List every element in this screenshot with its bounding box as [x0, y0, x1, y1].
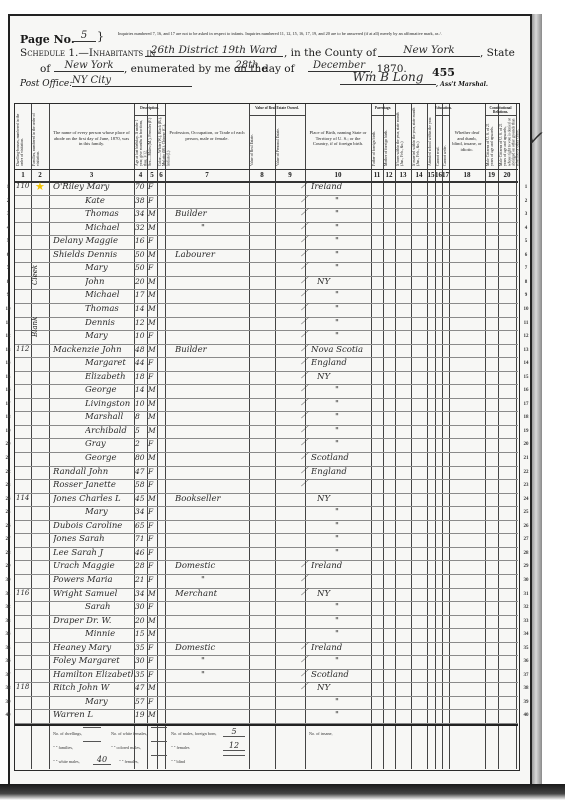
column-header-9: Value of Personal Estate.	[276, 117, 304, 166]
column-header-13: If born within the year, state month (Ja…	[396, 107, 410, 166]
group-divider	[371, 115, 395, 116]
colored-males-value	[151, 741, 167, 742]
column-header-1: Dwelling-houses, numbered in the order o…	[16, 107, 30, 166]
column-number-2: 2	[31, 171, 49, 179]
sex: F	[148, 656, 157, 665]
birthplace: "	[335, 318, 395, 328]
age: 15	[135, 629, 147, 638]
birthplace: "	[335, 629, 395, 639]
group-divider	[485, 115, 516, 116]
group-divider	[435, 115, 449, 116]
census-table: Description.Value of Real Estate Owned.P…	[14, 103, 520, 771]
row-number-right: 2	[519, 199, 533, 204]
row-number-left: 37	[3, 673, 13, 678]
column-header-10: Place of Birth, naming State or Territor…	[308, 130, 368, 147]
age: 20	[135, 277, 147, 286]
birthplace: "	[335, 697, 395, 707]
birthplace: "	[335, 548, 395, 558]
sex: M	[148, 250, 157, 259]
row-number-left: 8	[3, 280, 13, 285]
sex: F	[148, 575, 157, 584]
column-header-17: Cannot write.	[443, 117, 448, 166]
post-office-field: NY City	[72, 75, 192, 87]
birthplace: "	[335, 196, 395, 206]
person-name: Mackenzie John	[53, 345, 133, 355]
row-number-left: 19	[3, 429, 13, 434]
birthplace: "	[335, 507, 395, 517]
column-header-12: Mother of foreign birth.	[384, 117, 394, 166]
age: 34	[135, 507, 147, 516]
column-number-18: 18	[449, 171, 485, 179]
age: 10	[135, 399, 147, 408]
dwelling-number: 110	[16, 182, 31, 190]
person-name: Urach Maggie	[53, 561, 133, 571]
row-number-right: 4	[519, 226, 533, 231]
row-number-right: 6	[519, 253, 533, 258]
birthplace: "	[335, 439, 395, 449]
checkmark-tick: ⟋	[301, 411, 307, 421]
sex: F	[148, 561, 157, 570]
white-males-label: " " white males,	[53, 759, 80, 764]
checkmark-tick: ⟋	[301, 303, 307, 313]
birthplace: "	[335, 290, 395, 300]
person-name: George	[85, 385, 133, 395]
age: 19	[135, 710, 147, 719]
birthplace: NY	[317, 589, 377, 599]
row-number-left: 2	[3, 199, 13, 204]
person-name: Ritch John W	[53, 683, 133, 693]
row-number-right: 24	[519, 497, 533, 502]
sex: M	[148, 345, 157, 354]
checkmark-tick: ⟋	[301, 669, 307, 679]
checkmark-tick: ⟋	[301, 479, 307, 489]
row-number-left: 18	[3, 415, 13, 420]
column-number-5: 5	[147, 171, 157, 179]
person-name: Powers Maria	[53, 575, 133, 585]
row-number-right: 12	[519, 334, 533, 339]
birthplace: "	[335, 412, 395, 422]
checkmark-tick: ⟋	[301, 249, 307, 259]
row-number-left: 32	[3, 605, 13, 610]
birthplace: NY	[317, 372, 377, 382]
sex: F	[148, 697, 157, 706]
column-number-4: 4	[134, 171, 147, 179]
age: 28	[135, 561, 147, 570]
day-of-label: day of	[262, 63, 294, 75]
sex: F	[148, 670, 157, 679]
checkmark-tick: ⟋	[301, 384, 307, 394]
age: 35	[135, 643, 147, 652]
checkmark-tick: ⟋	[301, 344, 307, 354]
person-name: Gray	[85, 439, 133, 449]
row-number-left: 36	[3, 659, 13, 664]
row-number-right: 9	[519, 293, 533, 298]
column-number-19: 19	[485, 171, 498, 179]
column-header-20: Male Citizens of U. S. of 21 years of ag…	[499, 117, 515, 166]
person-name: Foley Margaret	[53, 656, 133, 666]
sex: F	[148, 263, 157, 272]
sex: F	[148, 534, 157, 543]
star-icon: ★	[35, 180, 45, 193]
person-name: Elizabeth	[85, 372, 133, 382]
margin-note: Blank	[32, 303, 40, 337]
row-number-right: 30	[519, 578, 533, 583]
row-number-right: 35	[519, 646, 533, 651]
row-number-left: 34	[3, 632, 13, 637]
row-number-right: 7	[519, 266, 533, 271]
district-field: 26th District 19th Ward	[145, 44, 283, 57]
age: 38	[135, 196, 147, 205]
page-number: 5	[72, 30, 96, 42]
sex: F	[148, 521, 157, 530]
sex: M	[148, 589, 157, 598]
row-number-right: 1	[519, 185, 533, 190]
person-name: Thomas	[85, 209, 133, 219]
birthplace: "	[335, 385, 395, 395]
of-label: of	[40, 63, 50, 75]
sex: M	[148, 616, 157, 625]
birthplace: England	[311, 467, 371, 477]
sex: M	[148, 209, 157, 218]
dwellings-value	[83, 727, 101, 728]
row-number-left: 28	[3, 551, 13, 556]
checkmark-tick: ⟋	[301, 262, 307, 272]
row-number-right: 22	[519, 470, 533, 475]
group-divider	[134, 115, 165, 116]
age: 80	[135, 453, 147, 462]
person-name: Margaret	[85, 358, 133, 368]
birthplace: "	[335, 209, 395, 219]
post-office-label: Post Office:	[20, 79, 72, 89]
column-header-7: Profession, Occupation, or Trade of each…	[168, 130, 246, 141]
person-name: Archibald	[85, 426, 133, 436]
row-number-left: 14	[3, 361, 13, 366]
row-number-right: 15	[519, 375, 533, 380]
birthplace: Ireland	[311, 643, 371, 653]
checkmark-tick: ⟋	[301, 466, 307, 476]
person-name: George	[85, 453, 133, 463]
age: 5	[135, 426, 147, 435]
age: 47	[135, 683, 147, 692]
checkmark-tick: ⟋	[301, 642, 307, 652]
marshal-label: , Ass't Marshal.	[436, 81, 488, 88]
column-number-8: 8	[249, 171, 275, 179]
row-number-left: 16	[3, 388, 13, 393]
sex: M	[148, 223, 157, 232]
checkmark-tick: ⟋	[301, 452, 307, 462]
sex: M	[148, 453, 157, 462]
age: 45	[135, 494, 147, 503]
row-number-left: 33	[3, 619, 13, 624]
occupation: Merchant	[175, 589, 247, 599]
column-header-15: Attended school within the year.	[428, 107, 434, 166]
age: 21	[135, 575, 147, 584]
row-number-right: 27	[519, 537, 533, 542]
occupation: Bookseller	[175, 494, 247, 504]
row-number-right: 25	[519, 510, 533, 515]
birthplace: "	[335, 602, 395, 612]
row-number-right: 3	[519, 212, 533, 217]
person-name: Marshall	[85, 412, 133, 422]
person-name: Jones Sarah	[53, 534, 133, 544]
row-number-right: 26	[519, 524, 533, 529]
age: 8	[135, 412, 147, 421]
age: 18	[135, 372, 147, 381]
age: 46	[135, 548, 147, 557]
row-number-right: 16	[519, 388, 533, 393]
column-number-15: 15	[427, 171, 435, 179]
person-name: Jones Charles L	[53, 494, 133, 504]
row-number-left: 31	[3, 592, 13, 597]
birthplace: Ireland	[311, 561, 371, 571]
row-number-left: 29	[3, 564, 13, 569]
birthplace: England	[311, 358, 371, 368]
foreign-females-value: 12	[223, 741, 245, 751]
row-number-left: 30	[3, 578, 13, 583]
row-number-right: 17	[519, 402, 533, 407]
blind-label: " " blind	[171, 759, 185, 764]
checkmark-tick: ⟋	[301, 425, 307, 435]
age: 58	[135, 480, 147, 489]
sex: F	[148, 602, 157, 611]
column-number-17: 17	[442, 171, 449, 179]
page-label: Page No.	[20, 33, 75, 46]
row-number-left: 25	[3, 510, 13, 515]
birthplace: Scotland	[311, 453, 371, 463]
person-name: Kate	[85, 196, 133, 206]
birthplace: Scotland	[311, 670, 371, 680]
group-header-value-estate: Value of Real Estate Owned.	[249, 106, 305, 110]
inquiry-notice: Inquiries numbered 7, 16, and 17 are not…	[118, 32, 513, 37]
age: 20	[135, 616, 147, 625]
person-name: Mary	[85, 331, 133, 341]
age: 44	[135, 358, 147, 367]
birthplace: "	[335, 399, 395, 409]
row-number-right: 23	[519, 483, 533, 488]
occupation: Builder	[175, 345, 247, 355]
checkmark-tick: ⟋	[301, 181, 307, 191]
checkmark-tick: ⟋	[301, 289, 307, 299]
colored-females-value	[151, 755, 167, 756]
row-number-left: 10	[3, 307, 13, 312]
sex: M	[148, 290, 157, 299]
brace-mark: }	[97, 30, 104, 43]
checkmark-tick: ⟋	[301, 330, 307, 340]
row-number-right: 38	[519, 686, 533, 691]
column-number-12: 12	[383, 171, 395, 179]
white-males-value: 40	[93, 755, 111, 765]
checkmark-tick: ⟋	[301, 235, 307, 245]
sex: F	[148, 236, 157, 245]
row-number-right: 5	[519, 239, 533, 244]
row-number-left: 24	[3, 497, 13, 502]
person-name: Dennis	[85, 318, 133, 328]
column-number-3: 3	[49, 171, 134, 179]
person-name: Hamilton Elizabeth	[53, 670, 133, 680]
state-field: New York	[54, 60, 124, 72]
person-name: Shields Dennis	[53, 250, 133, 260]
row-number-right: 20	[519, 442, 533, 447]
row-number-left: 6	[3, 253, 13, 258]
birthplace: "	[335, 223, 395, 233]
birthplace: Ireland	[311, 182, 371, 192]
row-number-right: 19	[519, 429, 533, 434]
foreign-males-label: No. of males, foreign born,	[171, 731, 216, 736]
row-number-left: 5	[3, 239, 13, 244]
person-name: Randall John	[53, 467, 133, 477]
checkmark-tick: ⟋	[301, 588, 307, 598]
column-header-3: The name of every person whose place of …	[52, 130, 131, 147]
birthplace: NY	[317, 277, 377, 287]
row-number-right: 13	[519, 348, 533, 353]
age: 10	[135, 331, 147, 340]
birthplace: "	[335, 710, 395, 720]
age: 12	[135, 318, 147, 327]
sex: F	[148, 439, 157, 448]
row-number-left: 4	[3, 226, 13, 231]
sex: M	[148, 385, 157, 394]
age: 34	[135, 589, 147, 598]
row-number-right: 32	[519, 605, 533, 610]
person-name: Delany Maggie	[53, 236, 133, 246]
sex: M	[148, 399, 157, 408]
occupation: Builder	[175, 209, 247, 219]
age: 48	[135, 345, 147, 354]
scan-shadow	[0, 784, 565, 800]
dwelling-number: 114	[16, 494, 31, 502]
checkmark-tick: ⟋	[301, 655, 307, 665]
person-name: Draper Dr. W.	[53, 616, 133, 626]
age: 17	[135, 290, 147, 299]
marshal-signature: Wm B Long	[340, 70, 436, 85]
age: 65	[135, 521, 147, 530]
column-number-20: 20	[498, 171, 516, 179]
foreign-males-value: 5	[223, 727, 245, 737]
age: 47	[135, 467, 147, 476]
person-name: Minnie	[85, 629, 133, 639]
row-number-right: 28	[519, 551, 533, 556]
row-number-right: 31	[519, 592, 533, 597]
sex: F	[148, 480, 157, 489]
row-number-right: 21	[519, 456, 533, 461]
column-header-5: Sex.—Males (M.), Females (F.)	[148, 117, 156, 166]
row-number-right: 40	[519, 713, 533, 718]
column-header-19: Male Citizens of U. S. of 21 years of ag…	[486, 117, 497, 166]
sex: F	[148, 548, 157, 557]
person-name: Dubois Caroline	[53, 521, 133, 531]
dwellings-label: No. of dwellings,	[53, 731, 82, 736]
row-number-right: 29	[519, 564, 533, 569]
column-header-14: If married within the year, state month …	[412, 107, 426, 166]
schedule-label: Schedule 1.—Inhabitants in	[20, 47, 155, 59]
row-number-right: 36	[519, 659, 533, 664]
person-name: Mary	[85, 507, 133, 517]
birthplace: "	[335, 236, 395, 246]
person-name: Rosser Janette	[53, 480, 133, 490]
row-number-left: 23	[3, 483, 13, 488]
row-number-left: 15	[3, 375, 13, 380]
occupation: Labourer	[175, 250, 247, 260]
white-females-label: No. of white females,	[111, 731, 147, 736]
column-header-18: Whether deaf and dumb, blind, insane, or…	[452, 130, 482, 152]
sex: F	[148, 331, 157, 340]
group-header-education: Education.	[435, 106, 449, 110]
column-number-6: 6	[157, 171, 165, 179]
checkmark-tick: ⟋	[301, 682, 307, 692]
row-number-left: 3	[3, 212, 13, 217]
group-header-description: Description.	[134, 106, 165, 110]
sex: M	[148, 629, 157, 638]
checkmark-tick: ⟋	[301, 208, 307, 218]
row-number-right: 33	[519, 619, 533, 624]
summary-divider	[15, 724, 518, 726]
person-name: Sarah	[85, 602, 133, 612]
day-field: 28th	[235, 60, 259, 72]
birthplace: "	[335, 304, 395, 314]
row-number-left: 7	[3, 266, 13, 271]
sex: F	[148, 372, 157, 381]
sex: F	[148, 467, 157, 476]
foreign-females-label: " " females	[171, 745, 190, 750]
birthplace: "	[335, 263, 395, 273]
dwelling-number: 116	[16, 589, 31, 597]
column-number-7: 7	[165, 171, 249, 179]
occupation: "	[201, 223, 273, 233]
row-number-right: 34	[519, 632, 533, 637]
birthplace: "	[335, 521, 395, 531]
row-number-left: 17	[3, 402, 13, 407]
age: 14	[135, 385, 147, 394]
checkmark-tick: ⟋	[301, 574, 307, 584]
birthplace: "	[335, 250, 395, 260]
colored-females-label: " " females,	[119, 759, 139, 764]
column-number-13: 13	[395, 171, 411, 179]
age: 30	[135, 602, 147, 611]
person-name: Lee Sarah J	[53, 548, 133, 558]
row-number-right: 8	[519, 280, 533, 285]
checkmark-tick: ⟋	[301, 195, 307, 205]
row-number-right: 39	[519, 700, 533, 705]
checkmark-tick: ⟋	[301, 276, 307, 286]
colored-males-label: " " colored males,	[111, 745, 141, 750]
column-number-9: 9	[275, 171, 305, 179]
person-name: Mary	[85, 697, 133, 707]
row-number-left: 9	[3, 293, 13, 298]
row-number-right: 10	[519, 307, 533, 312]
row-number-left: 21	[3, 456, 13, 461]
column-header-4: Age at last birthday. If under 1 year, g…	[135, 117, 146, 166]
white-females-value	[151, 727, 167, 728]
person-name: Warren L	[53, 710, 133, 720]
column-header-16: Cannot read.	[436, 117, 441, 166]
sex: M	[148, 683, 157, 692]
row-number-right: 18	[519, 415, 533, 420]
birthplace: NY	[317, 494, 377, 504]
birthplace: NY	[317, 683, 377, 693]
state-label: , State	[480, 47, 515, 59]
group-header-constitutional: Constitutional Relations.	[485, 106, 516, 115]
sex: F	[148, 507, 157, 516]
person-name: Mary	[85, 263, 133, 273]
occupation: "	[201, 670, 273, 680]
sex: M	[148, 710, 157, 719]
age: 70	[135, 182, 147, 191]
column-number-10: 10	[305, 171, 371, 179]
checkmark-tick: ⟋	[301, 398, 307, 408]
row-number-left: 13	[3, 348, 13, 353]
sex: M	[148, 318, 157, 327]
checkmark: ✓	[526, 126, 543, 150]
